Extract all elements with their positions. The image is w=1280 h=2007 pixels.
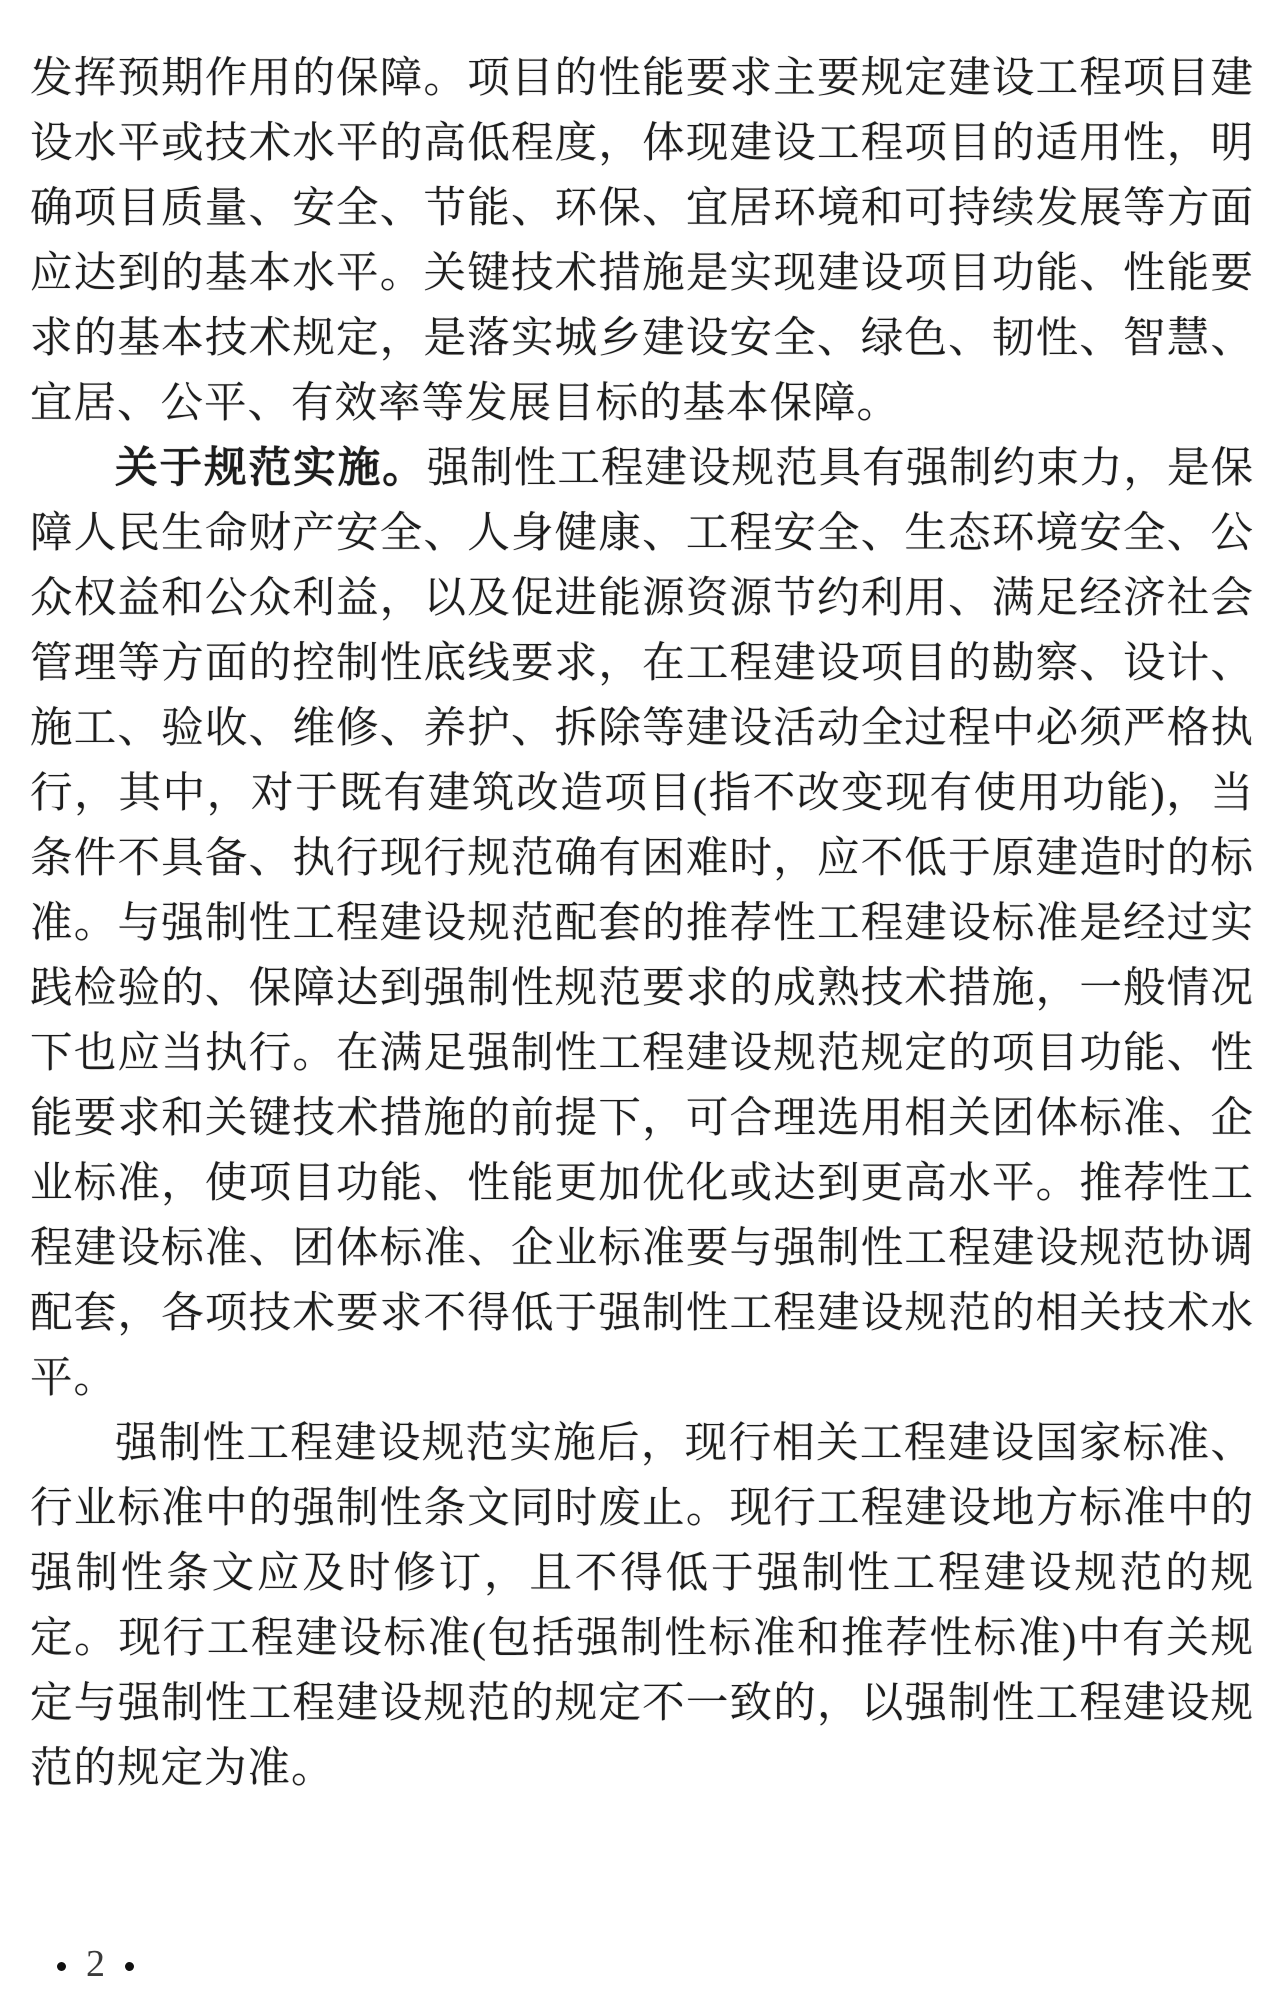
paragraph: 关于规范实施。强制性工程建设规范具有强制约束力，是保障人民生命财产安全、人身健康… bbox=[30, 436, 1254, 1411]
page-footer: 2 bbox=[57, 1947, 134, 1985]
page-number-dot bbox=[125, 1962, 134, 1971]
document-page: 发挥预期作用的保障。项目的性能要求主要规定建设工程项目建设水平或技术水平的高低程… bbox=[0, 0, 1280, 2007]
paragraph-lead: 关于规范实施。 bbox=[115, 445, 427, 492]
paragraph-text: 强制性工程建设规范实施后，现行相关工程建设国家标准、行业标准中的强制性条文同时废… bbox=[30, 1420, 1254, 1792]
paragraph-text: 强制性工程建设规范具有强制约束力，是保障人民生命财产安全、人身健康、工程安全、生… bbox=[30, 445, 1254, 1402]
paragraph-text: 发挥预期作用的保障。项目的性能要求主要规定建设工程项目建设水平或技术水平的高低程… bbox=[30, 55, 1254, 427]
page-body-text: 发挥预期作用的保障。项目的性能要求主要规定建设工程项目建设水平或技术水平的高低程… bbox=[30, 46, 1254, 1801]
page-number-dot bbox=[57, 1962, 66, 1971]
page-number: 2 bbox=[86, 1945, 105, 1983]
paragraph: 强制性工程建设规范实施后，现行相关工程建设国家标准、行业标准中的强制性条文同时废… bbox=[30, 1411, 1254, 1801]
paragraph: 发挥预期作用的保障。项目的性能要求主要规定建设工程项目建设水平或技术水平的高低程… bbox=[30, 46, 1254, 436]
